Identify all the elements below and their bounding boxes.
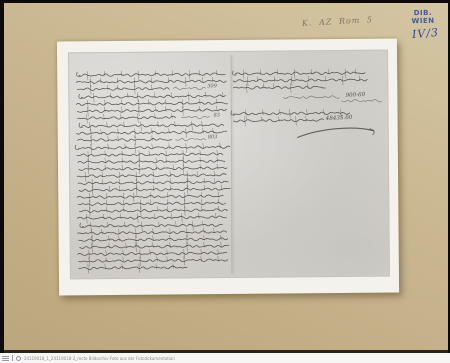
margin-figure: 83 [214,112,220,118]
library-stamp: DIB. WIEN [406,9,440,26]
photograph: 309 83 803 900-60 48435.60 [57,39,399,296]
total-figure: 48435.60 [326,114,353,121]
mount-card: K. AZ Rom 5 DIB. WIEN IV/3 309 83 803 90… [4,3,448,353]
circle-mark-icon [16,356,21,361]
margin-figure: 309 [207,83,217,89]
archive-scan: K. AZ Rom 5 DIB. WIEN IV/3 309 83 803 90… [0,0,450,363]
handwriting-strokes [69,51,389,279]
divider-icon [12,355,13,361]
stamp-line-2: WIEN [406,17,440,26]
caption-text: 24119018_1_24119018-2_recto Bildarchiv-F… [24,356,175,361]
manuscript-image: 309 83 803 900-60 48435.60 [68,50,390,280]
pencil-annotation: K. AZ Rom 5 [302,15,373,28]
caption-strip: 24119018_1_24119018-2_recto Bildarchiv-F… [0,353,450,363]
margin-figure: 803 [208,134,218,140]
amount-figure: 900-60 [345,91,365,98]
registration-lines-icon [2,356,9,361]
shelfmark-annotation: IV/3 [411,26,439,41]
